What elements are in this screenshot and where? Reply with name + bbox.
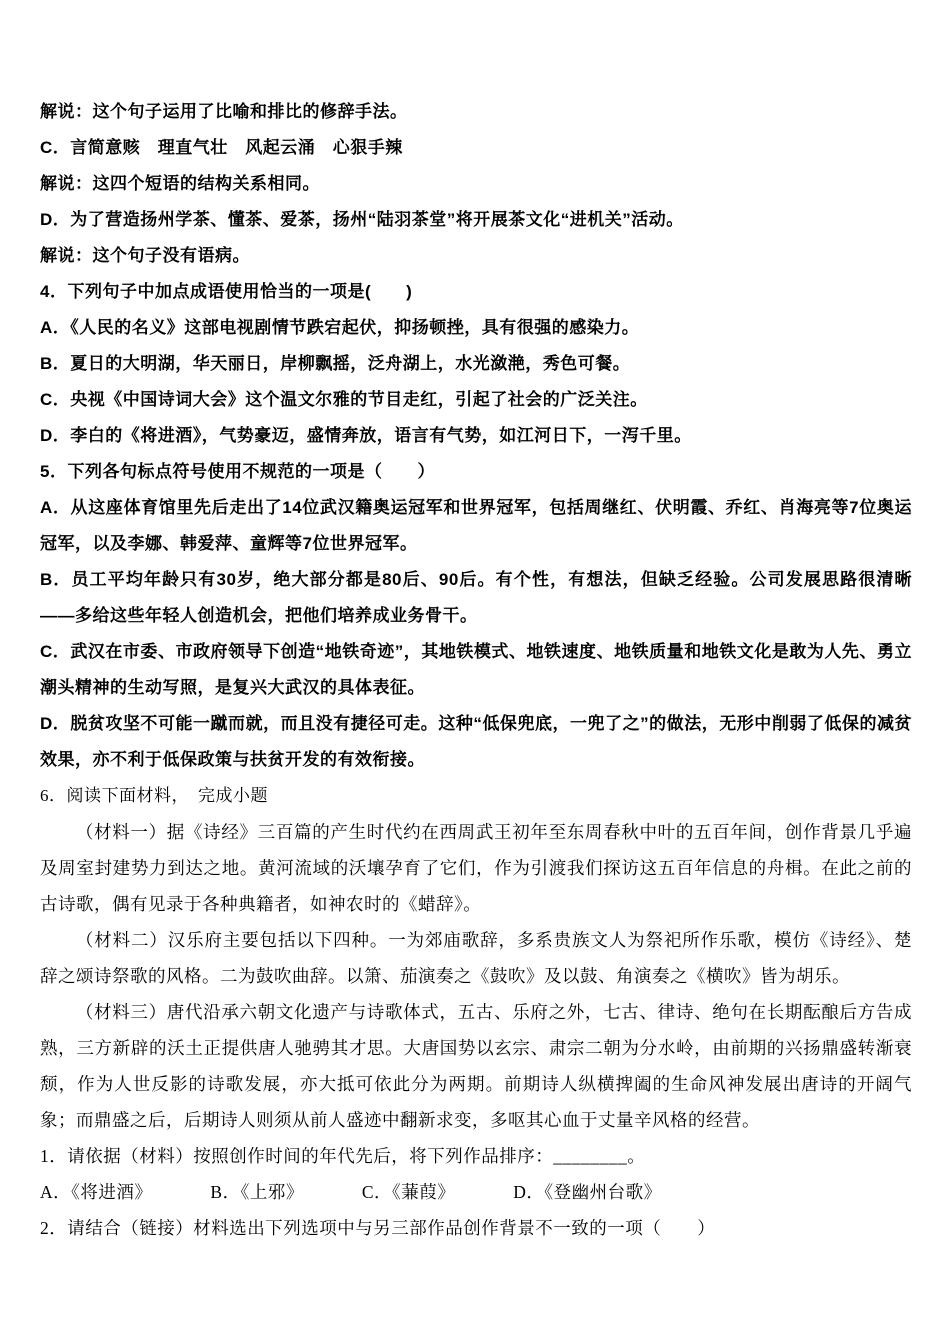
q5-option-a: A．从这座体育馆里先后走出了14位武汉籍奥运冠军和世界冠军，包括周继红、伏明霞、… [40,490,912,562]
q6-sub1-option-a: A．《将进酒》 [40,1174,152,1210]
q3-explain-c: 解说：这四个短语的结构关系相同。 [40,166,912,202]
q3-option-c: C．言简意赅 理直气壮 风起云涌 心狠手辣 [40,130,912,166]
q4-option-a: A．《人民的名义》这部电视剧情节跌宕起伏，抑扬顿挫，具有很强的感染力。 [40,310,912,346]
q6-sub1-option-c: C．《蒹葭》 [362,1174,455,1210]
q6-sub1-options-row: A．《将进酒》 B．《上邪》 C．《蒹葭》 D．《登幽州台歌》 [40,1174,912,1210]
q6-material-1: （材料一）据《诗经》三百篇的产生时代约在西周武王初年至东周春秋中叶的五百年间，创… [40,814,912,922]
q6-sub1-option-d: D．《登幽州台歌》 [513,1174,661,1210]
q4-option-b: B．夏日的大明湖，华天丽日，岸柳飘摇，泛舟湖上，水光潋滟，秀色可餐。 [40,346,912,382]
q6-material-3: （材料三）唐代沿承六朝文化遗产与诗歌体式，五古、乐府之外，七古、律诗、绝句在长期… [40,994,912,1138]
q6-sub1-option-b: B．《上邪》 [210,1174,303,1210]
q6-sub2-stem: 2．请结合（链接）材料选出下列选项中与另三部作品创作背景不一致的一项（ ） [40,1210,912,1246]
q4-stem: 4．下列句子中加点成语使用恰当的一项是( ) [40,274,912,310]
q4-option-c: C．央视《中国诗词大会》这个温文尔雅的节目走红，引起了社会的广泛关注。 [40,382,912,418]
q6-material-2: （材料二）汉乐府主要包括以下四种。一为郊庙歌辞，多系贵族文人为祭祀所作乐歌，模仿… [40,922,912,994]
q3-explain-b: 解说：这个句子运用了比喻和排比的修辞手法。 [40,94,912,130]
q3-option-d: D．为了营造扬州学茶、懂茶、爱茶，扬州“陆羽茶堂”将开展茶文化“进机关”活动。 [40,202,912,238]
q5-stem: 5．下列各句标点符号使用不规范的一项是（ ） [40,454,912,490]
q6-sub1-stem: 1．请依据（材料）按照创作时间的年代先后，将下列作品排序：________。 [40,1138,912,1174]
q4-option-d: D．李白的《将进酒》，气势豪迈，盛情奔放，语言有气势，如江河日下，一泻千里。 [40,418,912,454]
q6-stem: 6．阅读下面材料， 完成小题 [40,778,912,814]
exam-paper-page: 解说：这个句子运用了比喻和排比的修辞手法。 C．言简意赅 理直气壮 风起云涌 心… [0,0,950,1344]
q5-option-b: B．员工平均年龄只有30岁，绝大部分都是80后、90后。有个性，有想法，但缺乏经… [40,562,912,634]
q3-explain-d: 解说：这个句子没有语病。 [40,238,912,274]
q5-option-d: D．脱贫攻坚不可能一蹴而就，而且没有捷径可走。这种“低保兜底，一兜了之”的做法，… [40,706,912,778]
q5-option-c: C．武汉在市委、市政府领导下创造“地铁奇迹”，其地铁模式、地铁速度、地铁质量和地… [40,634,912,706]
